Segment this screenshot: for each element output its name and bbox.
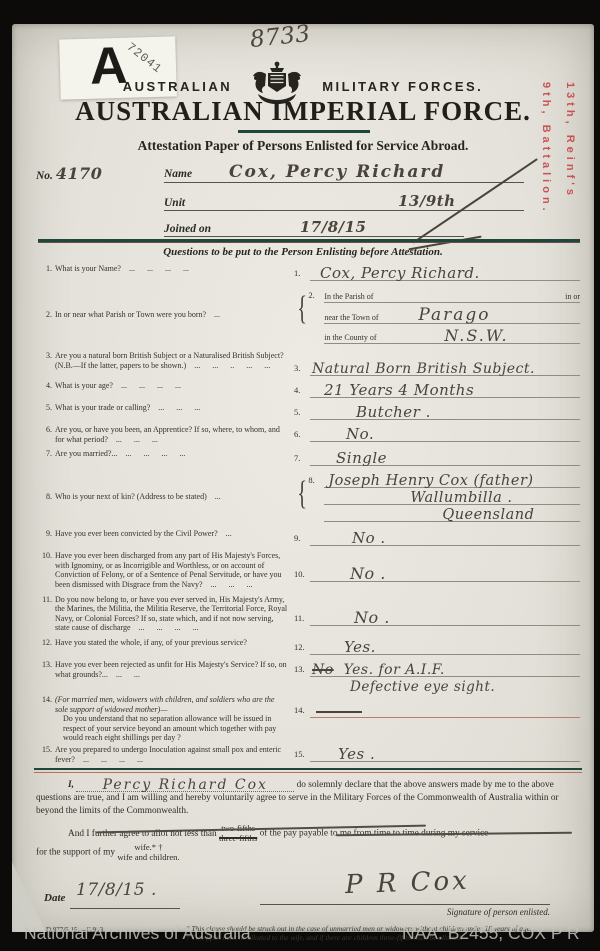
name-value: Cox, Percy Richard — [229, 162, 445, 182]
q11-number: 11. — [36, 595, 55, 633]
q13-number: 13. — [36, 660, 55, 693]
a3-number: 3. — [294, 351, 310, 376]
declaration-name-value: Percy Richard Cox — [76, 779, 294, 793]
a8-value-line1: Joseph Henry Cox (father) — [328, 473, 533, 489]
q9-number: 9. — [36, 529, 55, 546]
a3-value: Natural Born British Subject. — [312, 361, 535, 377]
allotment-post-text: for the support of my — [36, 848, 115, 858]
document-page: 8733 A 72041 13th, Reinf's9th, Battalion… — [12, 24, 594, 932]
a1-value: Cox, Percy Richard. — [320, 264, 480, 282]
question-row-8: 8.Who is your next of kin? (Address to b… — [36, 471, 580, 522]
q5-text: What is your trade or calling? ... ... .… — [55, 403, 288, 420]
q8-text: Who is your next of kin? (Address to be … — [55, 492, 288, 502]
wife-options: wife.* †wife and children. — [117, 843, 179, 862]
q15-number: 15. — [36, 745, 55, 764]
a4-number: 4. — [294, 381, 310, 398]
q9-text: Have you ever been convicted by the Civi… — [55, 529, 288, 546]
a6-value: No. — [346, 425, 374, 443]
a6-number: 6. — [294, 425, 310, 444]
a2-town-value: Parago — [418, 305, 490, 325]
q2-number: 2. — [36, 310, 55, 320]
question-row-9: 9.Have you ever been convicted by the Ci… — [36, 529, 580, 546]
q11-text: Do you now belong to, or have you ever s… — [55, 595, 288, 633]
a13-value-line2: Defective eye sight. — [350, 679, 495, 695]
handwritten-dash — [316, 711, 362, 713]
q3-number: 3. — [36, 351, 55, 376]
signature-rule — [260, 904, 550, 905]
q14-text: Do you understand that no separation all… — [55, 714, 288, 743]
questions-section: 1.What is your Name? ... ... ... ... 1. … — [36, 264, 580, 942]
number-value: 4170 — [56, 164, 103, 183]
q3-text: Are you a natural born British Subject o… — [55, 351, 288, 376]
joined-value: 17/8/15 — [300, 218, 367, 236]
a8-number: 8. — [308, 471, 324, 522]
a9-value: No . — [352, 529, 386, 547]
brace-icon: { — [297, 471, 307, 522]
org-left-label: AUSTRALIAN — [123, 79, 233, 94]
a2-line1-label: In the Parish of — [324, 292, 373, 301]
unit-field: Unit 13/9th — [164, 192, 524, 211]
name-label: Name — [164, 168, 192, 180]
page-title: AUSTRALIAN IMPERIAL FORCE. — [12, 96, 594, 127]
a14-number: 14. — [294, 695, 310, 743]
a2-line1-tail: in or — [565, 292, 580, 301]
joined-label: Joined on — [164, 223, 211, 235]
question-row-5: 5.What is your trade or calling? ... ...… — [36, 403, 580, 420]
a15-value: Yes . — [338, 745, 375, 763]
a7-value: Single — [336, 449, 387, 467]
question-row-15: 15.Are you prepared to undergo Inoculati… — [36, 745, 580, 764]
q7-number: 7. — [36, 449, 55, 466]
q13-text: Have you ever been rejected as unfit for… — [55, 660, 288, 693]
q6-text: Are you, or have you been, an Apprentice… — [55, 425, 288, 444]
a5-number: 5. — [294, 403, 310, 420]
q15-text: Are you prepared to undergo Inoculation … — [55, 745, 288, 764]
q1-text: What is your Name? ... ... ... ... — [55, 264, 288, 281]
q14-italic-text: (For married men, widowers with children… — [55, 695, 274, 714]
a4-value: 21 Years 4 Months — [324, 381, 474, 399]
a11-number: 11. — [294, 595, 310, 633]
handwritten-series-number: 8733 — [249, 21, 312, 53]
page-subtitle: Attestation Paper of Persons Enlisted fo… — [12, 138, 594, 154]
q7-text: Are you married?... ... ... ... ... — [55, 449, 288, 466]
a11-value: No . — [354, 608, 390, 627]
q4-text: What is your age? ... ... ... ... — [55, 381, 288, 398]
fraction-three-fifths: three-fifths — [219, 833, 257, 843]
number-field: No. 4170 — [36, 164, 102, 183]
question-row-14: 14. (For married men, widowers with chil… — [36, 695, 580, 743]
a10-value: No . — [350, 564, 386, 583]
a13-value: Yes. for A.I.F. — [344, 662, 445, 678]
a12-number: 12. — [294, 638, 310, 655]
a9-number: 9. — [294, 529, 310, 546]
question-row-4: 4.What is your age? ... ... ... ... 4. 2… — [36, 381, 580, 398]
q2-text: In or near what Parish or Town were you … — [55, 310, 288, 320]
a13-number: 13. — [294, 660, 310, 693]
wife-option: wife.* † — [134, 842, 162, 852]
question-row-11: 11.Do you now belong to, or have you eve… — [36, 595, 580, 633]
declaration-paragraph: I, Percy Richard Cox do solemnly declare… — [36, 779, 580, 818]
unit-label: Unit — [164, 197, 185, 209]
q14-number: 14. — [36, 695, 55, 743]
question-row-7: 7.Are you married?... ... ... ... ... 7.… — [36, 449, 580, 466]
q5-number: 5. — [36, 403, 55, 420]
q12-number: 12. — [36, 638, 55, 655]
q10-number: 10. — [36, 551, 55, 589]
declaration-i-label: I, — [36, 780, 74, 790]
a8-value-line2: Wallumbilla . — [410, 490, 512, 506]
date-label: Date — [44, 892, 65, 904]
question-row-1: 1.What is your Name? ... ... ... ... 1. … — [36, 264, 580, 281]
questions-heading: Questions to be put to the Person Enlist… — [12, 246, 594, 258]
declaration-divider — [34, 768, 582, 773]
wife-children-option: wife and children. — [117, 852, 179, 862]
section-divider — [38, 239, 580, 243]
watermark-right-text: NAA: B2455, COX P R — [402, 923, 580, 944]
a8-value-line3: Queensland — [442, 507, 534, 523]
org-right-label: MILITARY FORCES. — [322, 79, 483, 94]
name-field: Name Cox, Percy Richard — [164, 162, 524, 183]
a12-value: Yes. — [344, 638, 376, 656]
brace-icon: { — [297, 286, 307, 344]
date-rule — [70, 908, 180, 909]
a2-county-value: N.S.W. — [444, 326, 508, 345]
date-value: 17/8/15 . — [76, 880, 157, 900]
q6-number: 6. — [36, 425, 55, 444]
question-row-6: 6.Are you, or have you been, an Apprenti… — [36, 425, 580, 444]
question-row-2: 2.In or near what Parish or Town were yo… — [36, 286, 580, 344]
a2-line3-label: in the County of — [324, 333, 376, 342]
enlistee-signature: P R Cox — [345, 866, 471, 900]
q1-number: 1. — [36, 264, 55, 281]
a15-number: 15. — [294, 745, 310, 764]
a10-number: 10. — [294, 551, 310, 589]
fraction-options: two-fifthsthree-fifths — [219, 824, 257, 843]
signature-row: Date 17/8/15 . P R Cox Signature of pers… — [36, 866, 580, 918]
q8-number: 8. — [36, 492, 55, 502]
archive-watermark: National Archives of Australia NAA: B245… — [0, 923, 600, 949]
title-underline — [238, 130, 370, 133]
question-row-13: 13.Have you ever been rejected as unfit … — [36, 660, 580, 693]
q4-number: 4. — [36, 381, 55, 398]
q12-text: Have you stated the whole, if any, of yo… — [55, 638, 288, 655]
a2-number: 2. — [308, 286, 324, 344]
q10-text: Have you ever been discharged from any p… — [55, 551, 288, 589]
number-label: No. — [36, 170, 53, 182]
watermark-left-text: National Archives of Australia — [24, 923, 251, 944]
signature-caption: Signature of person enlisted. — [447, 907, 550, 917]
a2-line2-label: near the Town of — [324, 313, 378, 322]
question-row-12: 12.Have you stated the whole, if any, of… — [36, 638, 580, 655]
unit-value: 13/9th — [398, 192, 456, 210]
joined-field: Joined on 17/8/15 — [164, 218, 464, 237]
a7-number: 7. — [294, 449, 310, 466]
question-row-3: 3.Are you a natural born British Subject… — [36, 351, 580, 376]
a1-number: 1. — [294, 264, 310, 281]
a13-struck-word: No — [312, 662, 334, 678]
a5-value: Butcher . — [356, 403, 431, 421]
allotment-paragraph: And I further agree to allot not less th… — [36, 824, 580, 862]
question-row-10: 10.Have you ever been discharged from an… — [36, 551, 580, 589]
